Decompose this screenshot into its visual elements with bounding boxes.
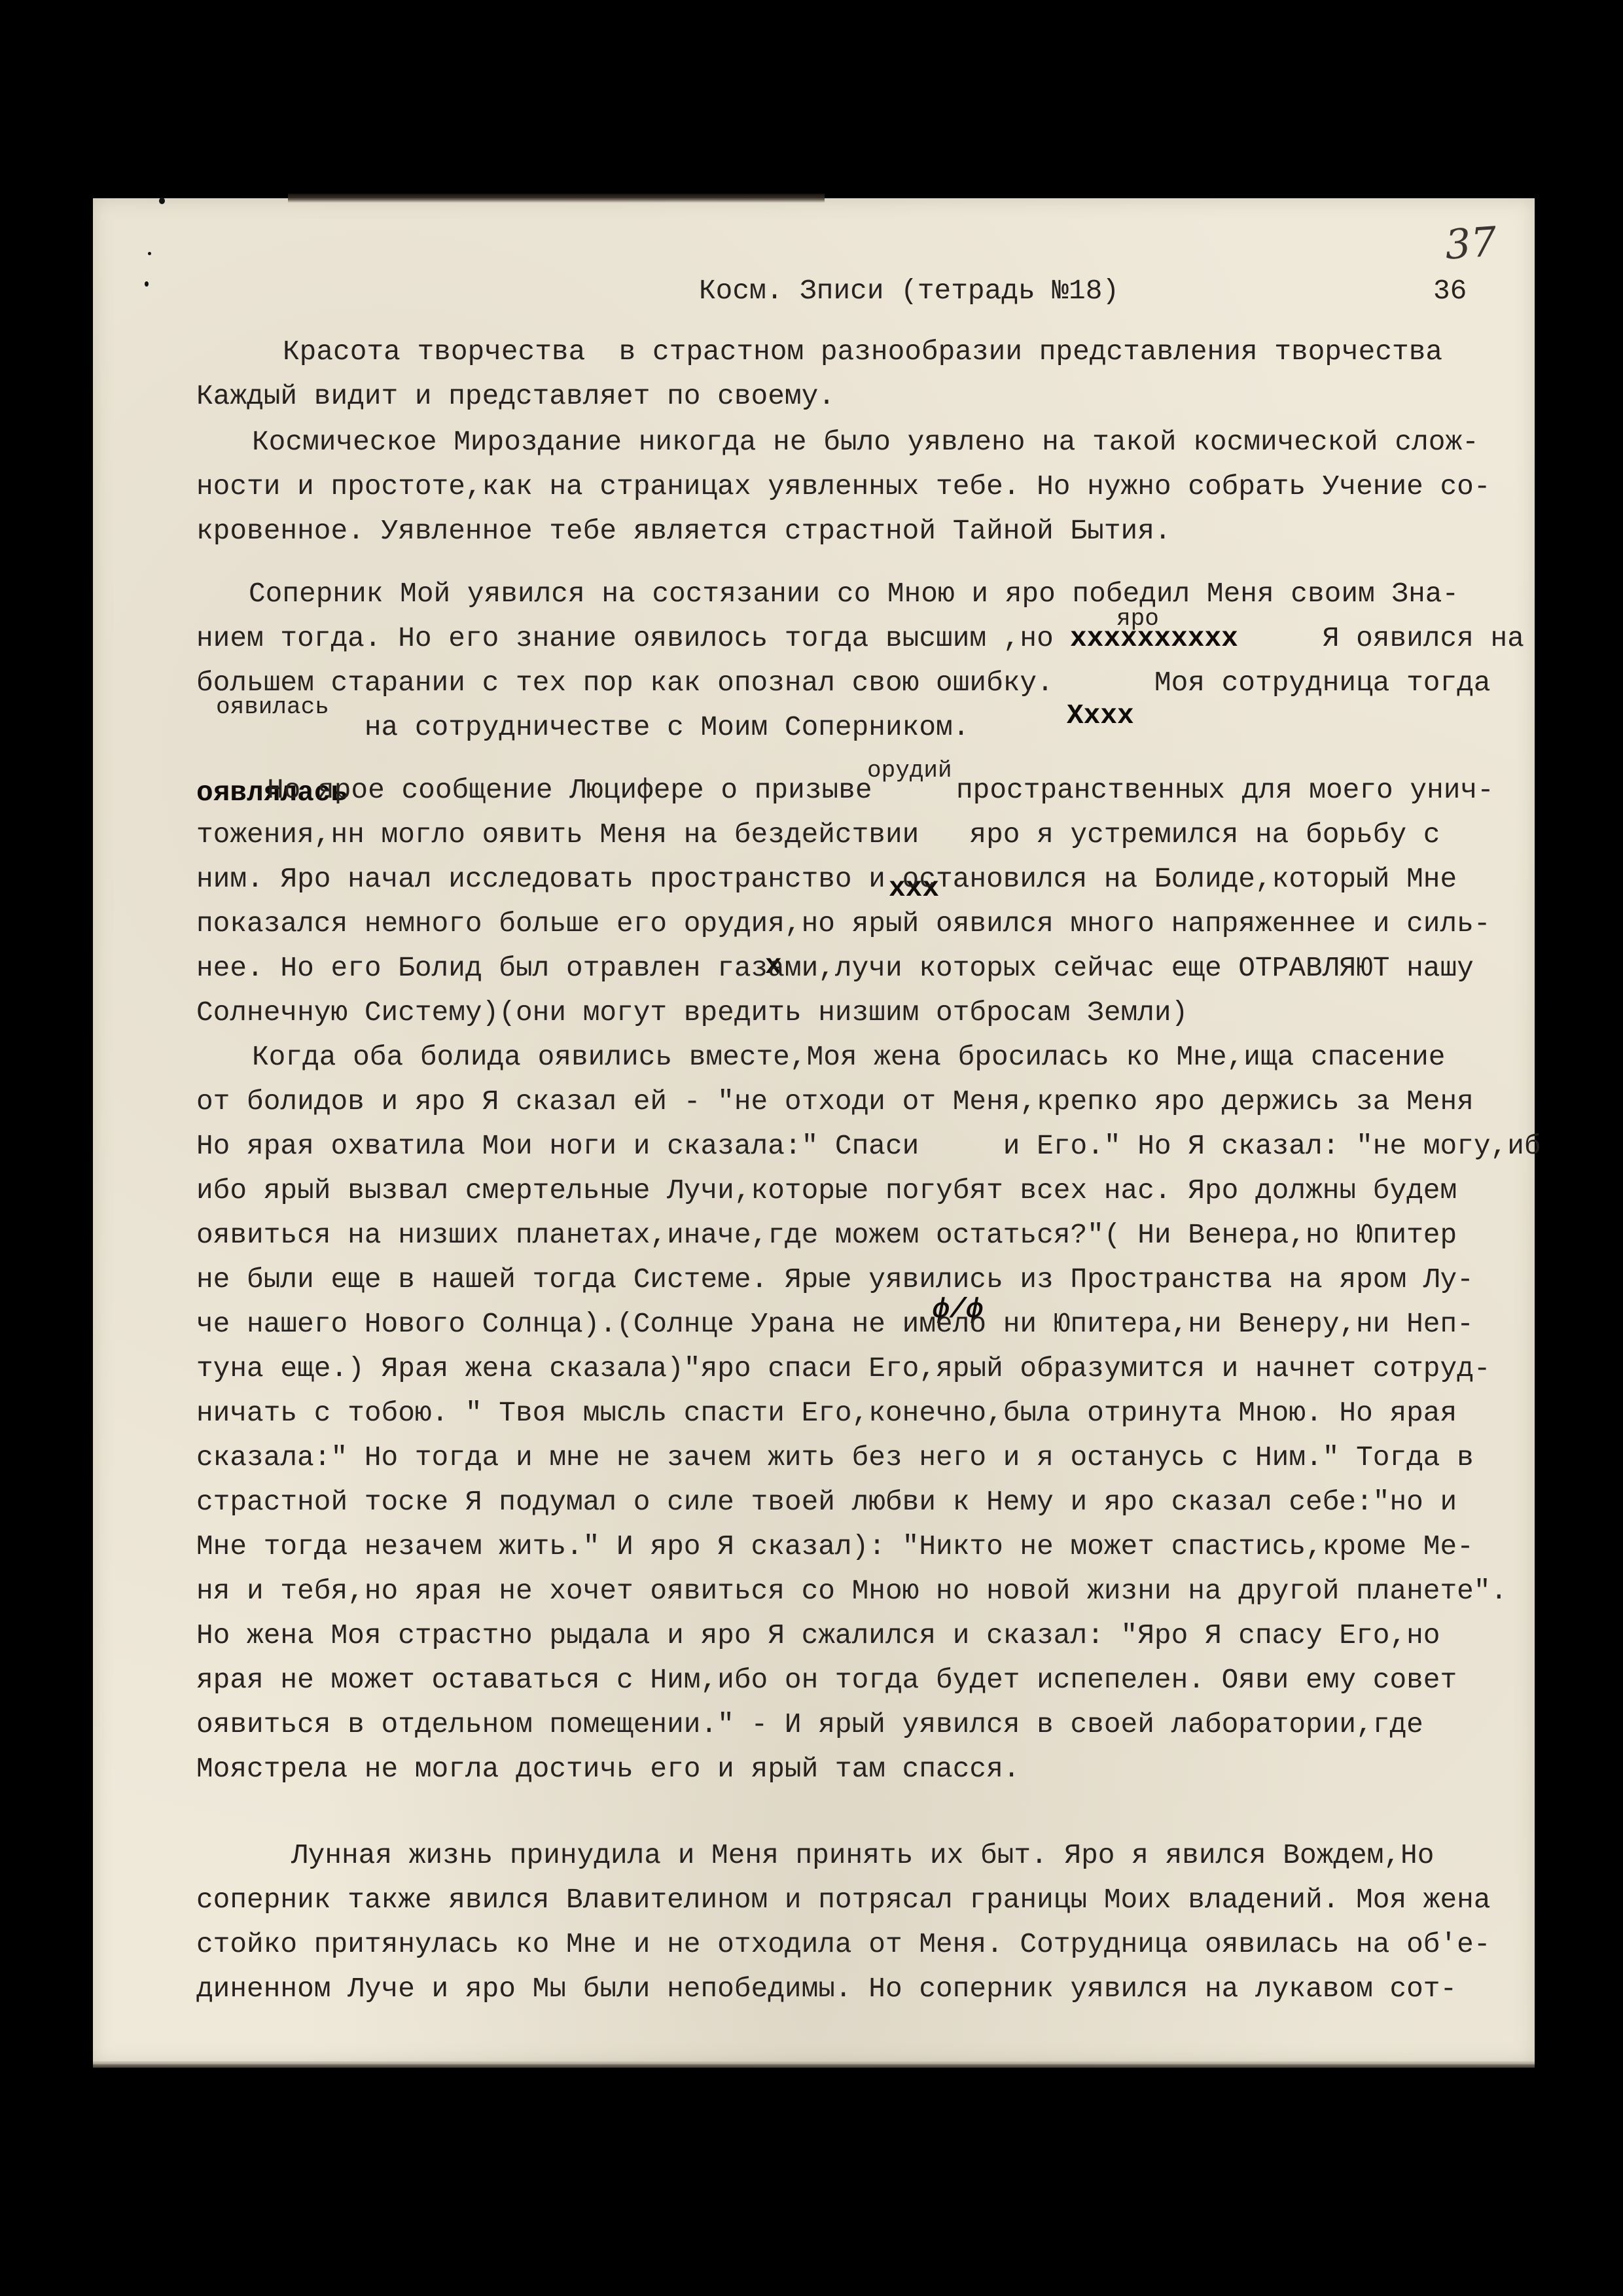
text-line: кровенное. Уявленное тебе является страс… — [196, 515, 1171, 548]
text-line: ибо ярый вызвал смертельные Лучи,которые… — [196, 1174, 1457, 1207]
text-line: тожения,нн могло оявить Меня на бездейст… — [196, 819, 1440, 851]
text-line: Но ярая охватила Мои ноги и сказала:" Сп… — [196, 1130, 1541, 1163]
text-line: Солнечную Систему)(они могут вредить низ… — [196, 997, 1188, 1029]
text-line: Мне тогда незачем жить." И яро Я сказал)… — [196, 1530, 1474, 1563]
text-line: сказала:" Но тогда и мне не зачем жить б… — [196, 1441, 1474, 1474]
text-line: Космическое Мироздание никогда не было у… — [252, 426, 1479, 459]
text-line: показался немного больше его орудия,но я… — [196, 908, 1491, 940]
typed-insertion: орудий — [867, 757, 952, 784]
text-line: большем старании с тех пор как опознал с… — [196, 667, 1491, 699]
text-line: нее. Но его Болид был отравлен газами,лу… — [196, 952, 1474, 985]
text-line: от болидов и яро Я сказал ей - "не отход… — [196, 1086, 1474, 1118]
text-line: Каждый видит и представляет по своему. — [196, 380, 835, 413]
typed-page-number: 36 — [1433, 275, 1467, 308]
text-line: че нашего Нового Солнца).(Солнце Урана н… — [196, 1308, 1474, 1341]
text-line: ня и тебя,но ярая не хочет оявиться со М… — [196, 1575, 1507, 1608]
text-line: туна еще.) Ярая жена сказала)"яро спаси … — [196, 1352, 1491, 1385]
archive-page-number: 37 — [1444, 217, 1499, 268]
text-line: Красота творчества в страстном разнообра… — [283, 336, 1442, 368]
page-bottom-edge — [93, 2061, 1535, 2068]
text-line: ничать с тобою. " Твоя мысль спасти Его,… — [196, 1397, 1457, 1430]
text-line: ности и простоте,как на страницах уявлен… — [196, 470, 1491, 503]
text-line: оявиться на низших планетах,иначе,где мо… — [196, 1219, 1457, 1252]
text-line: Но жена Моя страстно рыдала и яро Я сжал… — [196, 1619, 1440, 1652]
text-line: стойко притянулась ко Мне и не отходила … — [196, 1928, 1491, 1961]
page-edge-shadow — [288, 194, 825, 203]
text-line: Лунная жизнь принудила и Меня принять их… — [291, 1839, 1434, 1872]
text-line: ярая не может оставаться с Ним,ибо он то… — [196, 1664, 1457, 1697]
margin-speck — [159, 198, 165, 204]
text-line: Моястрела не могла достичь его и ярый та… — [196, 1753, 1020, 1786]
text-line: соперник также явился Влавителином и пот… — [196, 1884, 1491, 1916]
text-line: ним. Яро начал исследовать пространство … — [196, 863, 1457, 896]
margin-speck — [145, 281, 149, 287]
struck-out-text: Xxxx — [1067, 699, 1623, 732]
text-line: Когда оба болида оявились вместе,Моя жен… — [252, 1041, 1445, 1074]
typed-insertion: оявилась — [216, 694, 329, 720]
struck-out-text: xxxxxxxxxx — [1070, 622, 1623, 655]
document-title: Косм. Зписи (тетрадь №18) — [699, 275, 1119, 308]
text-line: не были еще в нашей тогда Системе. Ярые … — [196, 1263, 1474, 1296]
text-line: оявиться в отдельном помещении." - И яры… — [196, 1708, 1423, 1741]
margin-speck — [148, 252, 151, 255]
text-line: диненном Луче и яро Мы были непобедимы. … — [196, 1973, 1457, 2005]
text-line: Соперник Мой уявился на состязании со Мн… — [249, 578, 1459, 610]
text-line: страстной тоске Я подумал о силе твоей л… — [196, 1486, 1457, 1519]
